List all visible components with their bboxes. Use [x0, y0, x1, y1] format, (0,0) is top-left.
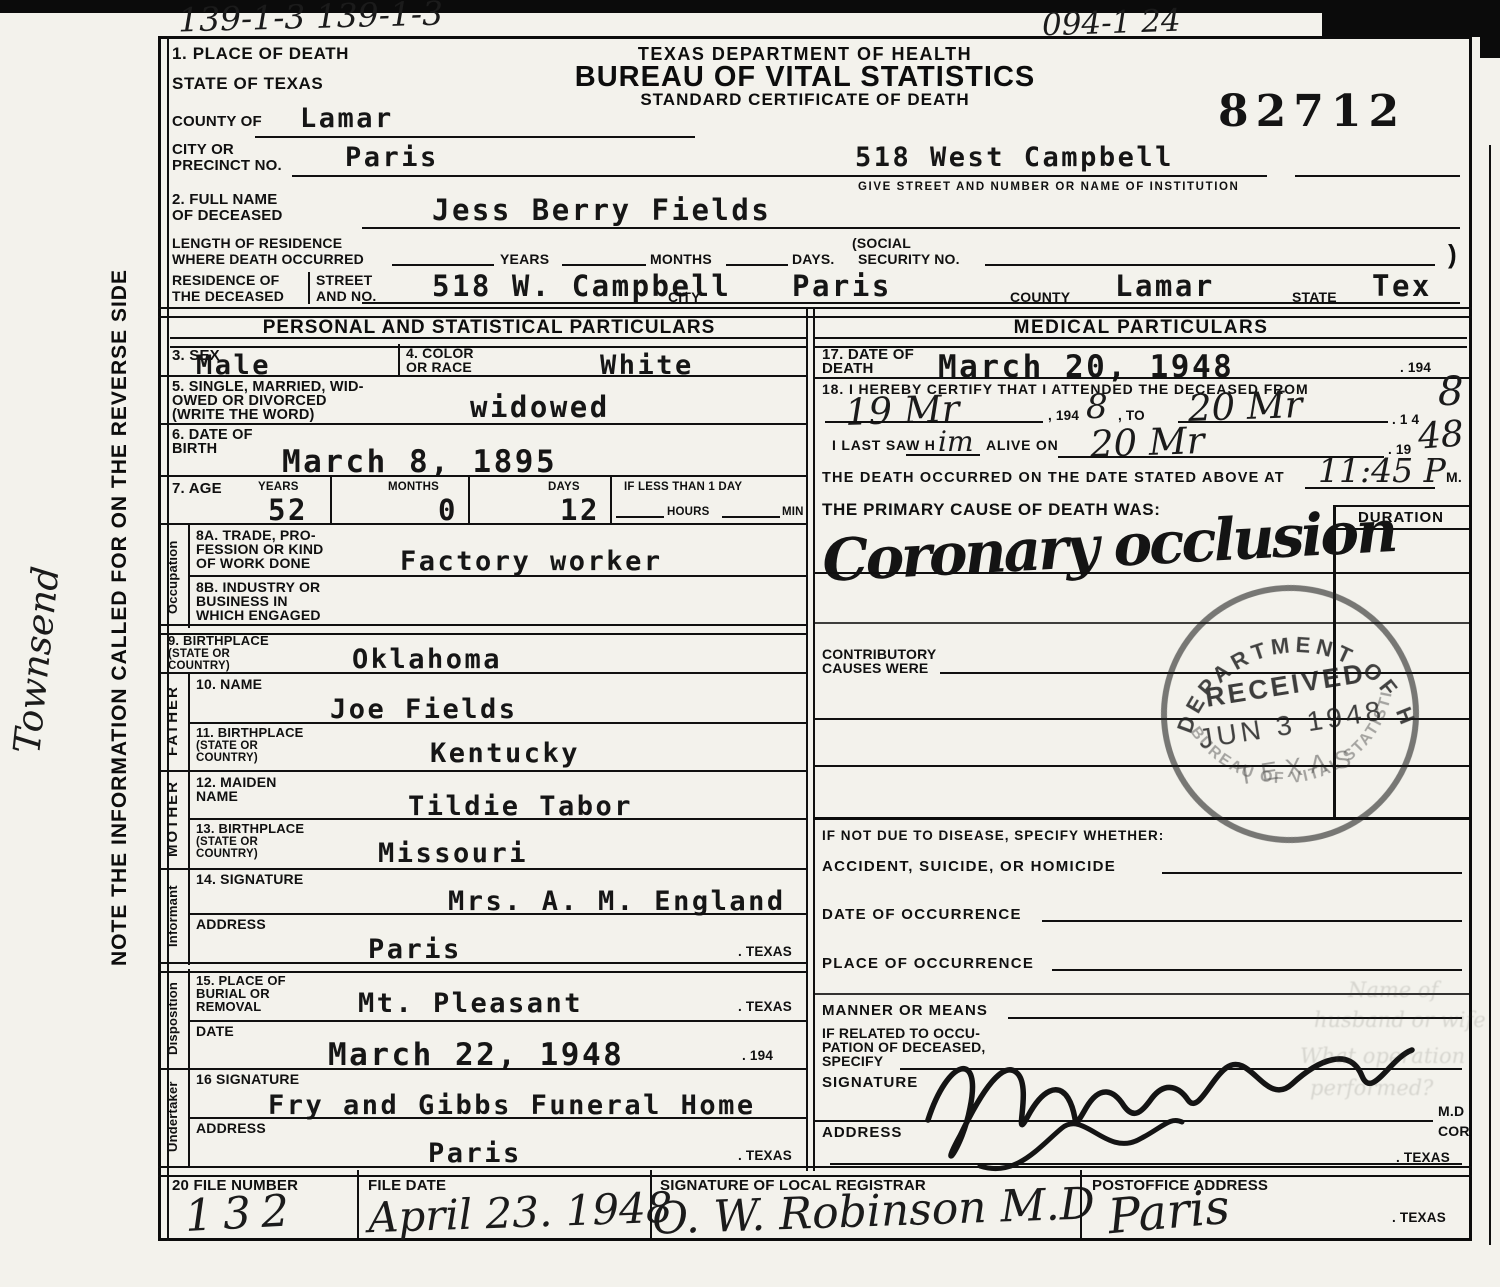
death-certificate-scan: 139-1-3 139-1-3 094-1 24 Townsend NOTE T… — [0, 0, 1500, 1287]
dod-year-part: . 194 — [1400, 360, 1431, 375]
personal-section-header: PERSONAL AND STATISTICAL PARTICULARS — [170, 317, 808, 339]
row10-underline — [188, 722, 808, 724]
ssn-label-1: (SOCIAL — [852, 236, 911, 252]
informant-double-underline — [158, 962, 808, 973]
city-value: Paris — [345, 144, 439, 171]
row7-underline — [160, 523, 808, 525]
form-border-left — [158, 36, 161, 1241]
sex-color-divider — [398, 344, 400, 375]
days-blank — [726, 264, 788, 266]
months-label: MONTHS — [650, 252, 712, 268]
death-occurred-label: THE DEATH OCCURRED ON THE DATE STATED AB… — [822, 470, 1285, 487]
row14-underline — [188, 913, 808, 915]
certificate-number: 82712 — [1218, 86, 1406, 137]
occupation-side-label: Occupation — [166, 527, 181, 627]
physician-addr-blank — [830, 1163, 1462, 1165]
burial-value: Mt. Pleasant — [358, 990, 583, 1017]
years-blank — [392, 264, 494, 266]
city-label-1: CITY OR — [172, 141, 234, 158]
city-underline — [292, 175, 1267, 177]
date-occurrence-label: DATE OF OCCURRENCE — [822, 906, 1022, 923]
ssn-close-paren: ) — [1448, 240, 1457, 270]
death-time-m-label: M. — [1446, 470, 1462, 486]
attended-to-year-hw: 8 — [1438, 372, 1463, 412]
full-name-underline — [362, 227, 1460, 229]
footer-div-1 — [357, 1170, 359, 1238]
industry-label-3: WHICH ENGAGED — [196, 608, 321, 624]
ssn-blank — [985, 264, 1435, 266]
row16-underline — [188, 1117, 808, 1119]
contributory-label-2: CAUSES WERE — [822, 661, 928, 677]
place-of-death-label: 1. PLACE OF DEATH — [172, 44, 349, 63]
last-saw-hw: im — [938, 428, 974, 456]
margin-note-handwritten: Townsend — [0, 459, 76, 861]
mother-bp-label-3: COUNTRY) — [196, 848, 258, 861]
row9-underline — [160, 672, 808, 674]
row6-underline — [160, 475, 808, 477]
trade-label-3: OF WORK DONE — [196, 556, 310, 572]
residence-county-value: Lamar — [1115, 272, 1215, 301]
signature-blank — [813, 1120, 1433, 1122]
county-underline — [255, 136, 695, 138]
age-label: 7. AGE — [172, 480, 222, 497]
disposition-side-label: Disposition — [166, 972, 181, 1066]
attended-to-year: . 1 4 — [1392, 412, 1419, 427]
received-stamp: DEPARTMENT OF HEALTH BUREAU OF VITAL STA… — [1130, 554, 1450, 874]
age-div-1 — [330, 477, 332, 523]
date-occurrence-blank — [1042, 920, 1462, 922]
cor-label: COR — [1438, 1124, 1470, 1140]
undertaker-texas-label: . TEXAS — [738, 1148, 792, 1163]
physician-signature-label: SIGNATURE — [822, 1074, 918, 1091]
last-saw-label-1: I LAST SAW H — [832, 438, 936, 454]
age-div-2 — [468, 477, 470, 523]
informant-sig-value: Mrs. A. M. England — [448, 888, 786, 915]
color-label-2: OR RACE — [406, 360, 472, 376]
row3-underline — [160, 375, 808, 377]
scan-corner-black — [1322, 0, 1500, 37]
burial-date-label: DATE — [196, 1024, 234, 1040]
undertaker-addr-label: ADDRESS — [196, 1121, 266, 1137]
informant-side-label: Informant — [166, 870, 181, 962]
last-saw-blank-1 — [906, 454, 980, 456]
ghost-text-1: Name of — [1348, 978, 1438, 1002]
city-label-2: PRECINCT NO. — [172, 157, 282, 174]
attended-blank-1 — [825, 421, 1043, 423]
hours-label: HOURS — [667, 506, 710, 519]
row15b-underline — [160, 1068, 808, 1070]
burial-label-3: REMOVAL — [196, 1000, 261, 1015]
ssn-label-2: SECURITY NO. — [858, 252, 960, 268]
row13-underline — [160, 868, 808, 870]
full-name-label-1: 2. FULL NAME — [172, 191, 277, 208]
personal-header-underline — [170, 337, 808, 348]
min-label: MIN — [782, 506, 804, 519]
undertaker-addr-value: Paris — [428, 1140, 522, 1167]
row8a-underline — [188, 575, 808, 577]
state-of-texas-label: STATE OF TEXAS — [172, 74, 323, 93]
physician-addr-label: ADDRESS — [822, 1124, 902, 1141]
informant-sig-label: 14. SIGNATURE — [196, 872, 303, 888]
death-time-blank — [1305, 487, 1435, 489]
years-label: YEARS — [500, 252, 549, 268]
age-months-value: 0 — [438, 496, 458, 525]
last-saw-year-hw: 48 — [1417, 416, 1465, 455]
place-occurrence-blank — [1052, 969, 1462, 971]
informant-addr-label: ADDRESS — [196, 917, 266, 933]
mother-bp-label-1: 13. BIRTHPLACE — [196, 822, 304, 837]
file-date-value: April 23. 1948 — [367, 1187, 673, 1240]
street-no-label-1: STREET — [316, 273, 372, 289]
maiden-label-2: NAME — [196, 789, 238, 805]
adjacent-page-edge — [1489, 145, 1491, 1245]
father-bp-label-3: COUNTRY) — [196, 752, 258, 765]
header-standard-cert: STANDARD CERTIFICATE OF DEATH — [470, 90, 1140, 110]
residence-label-2: THE DECEASED — [172, 289, 284, 305]
undertaker-sig-label: 16 SIGNATURE — [196, 1072, 299, 1088]
street-hint: GIVE STREET AND NUMBER OR NAME OF INSTIT… — [858, 181, 1239, 194]
dob-value: March 8, 1895 — [282, 447, 557, 478]
md-label: M.D — [1438, 1104, 1464, 1120]
postoffice-value: Paris — [1106, 1183, 1231, 1241]
age-years-value: 52 — [268, 496, 308, 525]
age-days-value: 12 — [560, 496, 600, 525]
burial-texas-label: . TEXAS — [738, 999, 792, 1014]
days-label: DAYS. — [792, 252, 835, 268]
father-bp-value: Kentucky — [430, 740, 580, 767]
res-length-label-2: WHERE DEATH OCCURRED — [172, 252, 364, 268]
mother-side-label: MOTHER — [164, 772, 181, 866]
burial-date-value: March 22, 1948 — [328, 1040, 624, 1071]
father-side-label: FATHER — [164, 674, 181, 768]
trade-value: Factory worker — [400, 548, 663, 575]
residence-divider-tick — [308, 272, 310, 304]
not-disease-label: IF NOT DUE TO DISEASE, SPECIFY WHETHER: — [822, 828, 1164, 843]
footer-div-3 — [1080, 1170, 1082, 1238]
county-value: Lamar — [300, 105, 394, 132]
months-blank — [562, 264, 646, 266]
dod-label-2: DEATH — [822, 360, 874, 377]
residence-label-1: RESIDENCE OF — [172, 273, 279, 289]
mother-bp-value: Missouri — [378, 840, 528, 867]
footer-texas-label: . TEXAS — [1392, 1210, 1446, 1225]
scan-corner-black-2 — [1480, 30, 1500, 58]
ghost-text-3: What operation — [1300, 1044, 1465, 1068]
city-underline-2 — [1295, 175, 1460, 177]
form-border-right — [1469, 36, 1472, 1241]
informant-strip-divider — [188, 868, 190, 965]
file-number-value: 132 — [184, 1189, 300, 1239]
residence-state-value: Tex — [1372, 272, 1432, 301]
burial-year-part: . 194 — [742, 1048, 773, 1063]
full-name-label-2: OF DECEASED — [172, 207, 283, 224]
column-divider-outer — [806, 307, 808, 1171]
marital-value: widowed — [470, 393, 610, 422]
father-name-value: Joe Fields — [330, 696, 518, 723]
row11-underline — [160, 770, 808, 772]
medical-section-header: MEDICAL PARTICULARS — [815, 317, 1467, 339]
ghost-text-4: performed? — [1310, 1076, 1433, 1100]
column-divider-inner — [813, 307, 815, 1171]
manner-label: MANNER OR MEANS — [822, 1002, 988, 1019]
accident-blank — [1162, 872, 1462, 874]
row17-underline — [813, 377, 1469, 379]
min-blank — [722, 516, 780, 518]
registrar-value: O. W. Robinson M.D — [651, 1182, 1095, 1241]
informant-addr-value: Paris — [368, 936, 462, 963]
birthplace-value: Oklahoma — [352, 646, 502, 673]
undertaker-sig-value: Fry and Gibbs Funeral Home — [268, 1092, 756, 1119]
maiden-value: Tildie Tabor — [408, 793, 633, 820]
birthplace-label-1: 9. BIRTHPLACE — [168, 634, 269, 649]
index-code-left: 139-1-3 139-1-3 — [178, 0, 444, 36]
age-less-label: IF LESS THAN 1 DAY — [624, 481, 742, 494]
full-name-value: Jess Berry Fields — [432, 196, 771, 225]
place-occurrence-label: PLACE OF OCCURRENCE — [822, 955, 1034, 972]
residence-city-value: Paris — [792, 272, 892, 301]
undertaker-side-label: Undertaker — [166, 1070, 181, 1164]
row12-underline — [188, 818, 808, 820]
marital-label-3: (WRITE THE WORD) — [172, 407, 315, 424]
attended-blank-2 — [1178, 421, 1388, 423]
age-months-label: MONTHS — [388, 481, 439, 494]
father-bp-label-1: 11. BIRTHPLACE — [196, 726, 304, 741]
accident-label: ACCIDENT, SUICIDE, OR HOMICIDE — [822, 858, 1116, 875]
ghost-text-2: husband or wife — [1314, 1008, 1486, 1032]
informant-texas-label: . TEXAS — [738, 944, 792, 959]
county-of-label: COUNTY OF — [172, 113, 262, 130]
father-strip-divider — [188, 672, 190, 770]
related-label-3: SPECIFY — [822, 1054, 883, 1070]
last-saw-label-2: ALIVE ON — [986, 438, 1059, 454]
age-div-3 — [610, 477, 612, 523]
row5-underline — [160, 423, 808, 425]
hours-blank — [616, 516, 664, 518]
street-value: 518 West Campbell — [855, 144, 1174, 171]
attended-from-year-hw: 8 — [1086, 390, 1108, 424]
row15-underline — [188, 1020, 808, 1022]
dob-label-2: BIRTH — [172, 441, 217, 458]
residence-underline — [362, 302, 1460, 304]
disposition-strip-divider — [188, 969, 190, 1068]
attended-from-year: , 194 — [1048, 408, 1079, 423]
form-border-top — [158, 36, 1472, 39]
res-length-label-1: LENGTH OF RESIDENCE — [172, 236, 342, 252]
death-time-hw: 11:45 P — [1318, 454, 1446, 487]
reverse-side-note: NOTE THE INFORMATION CALLED FOR ON THE R… — [108, 242, 132, 994]
father-name-label: 10. NAME — [196, 677, 262, 693]
